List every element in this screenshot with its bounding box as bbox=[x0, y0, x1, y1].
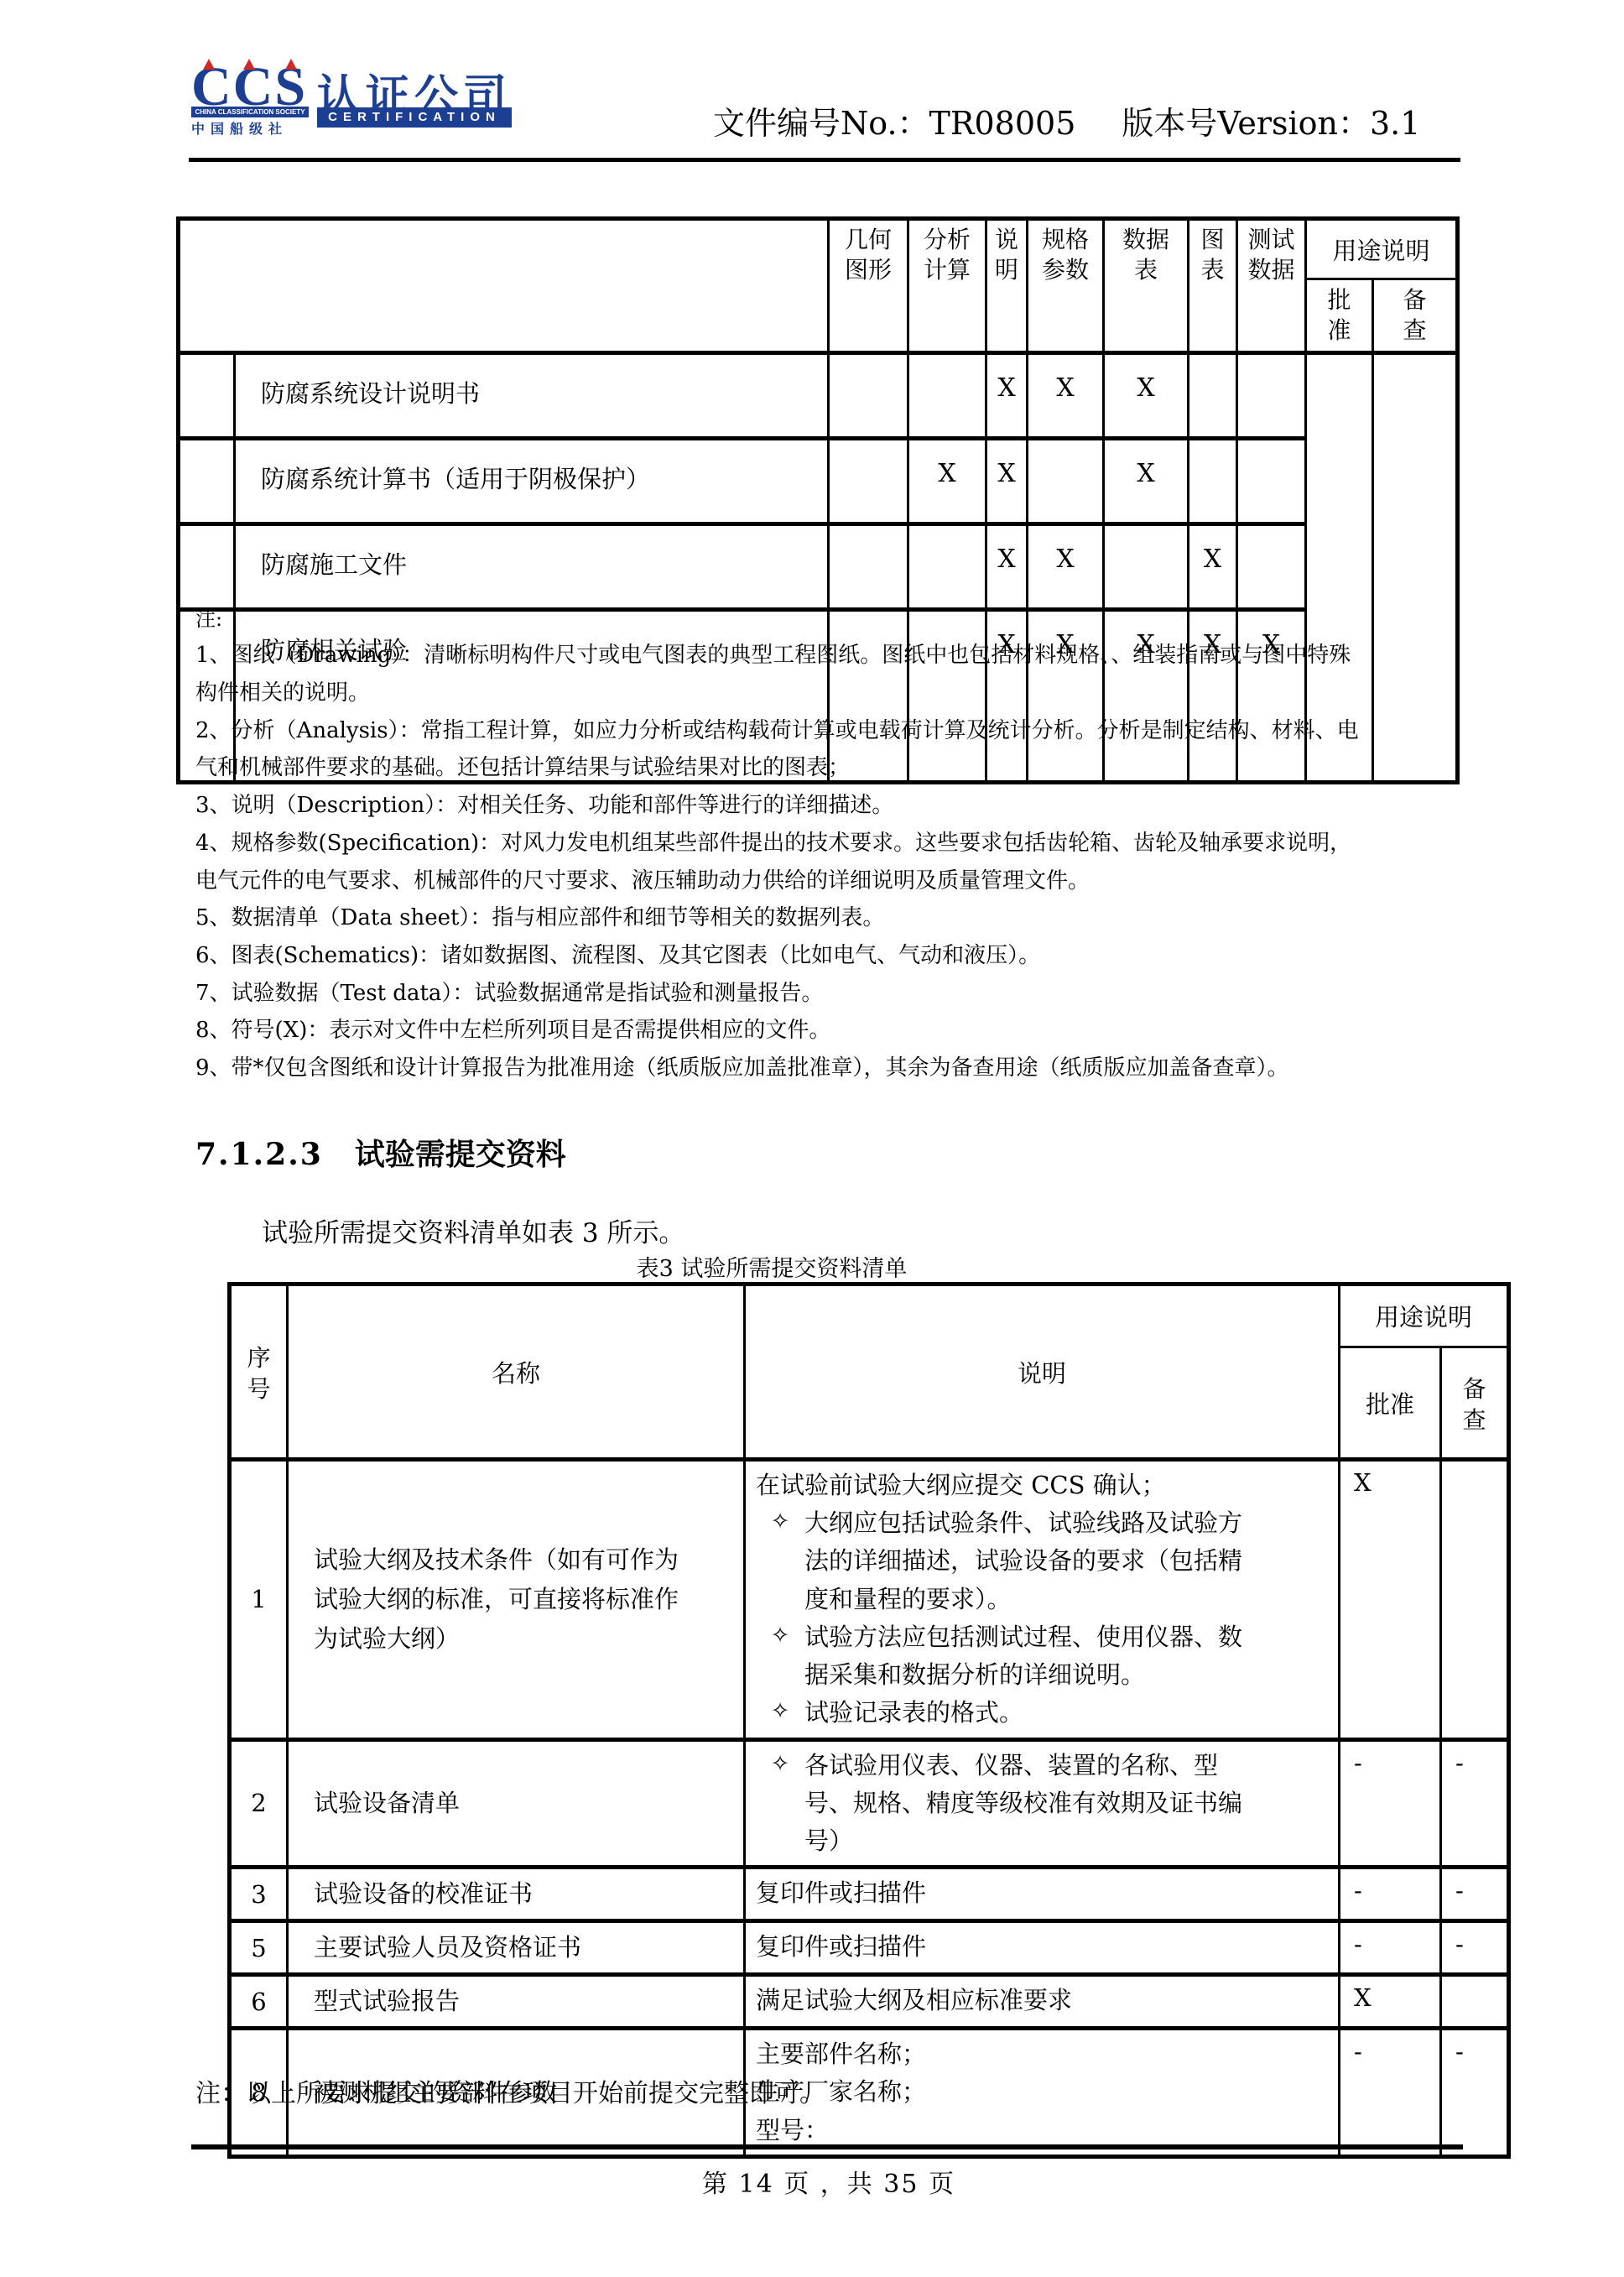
note-item: 6、图表(Schematics)：诸如数据图、流程图、及其它图表（比如电气、气动… bbox=[195, 937, 1370, 975]
mark-cell: X bbox=[986, 353, 1028, 439]
review-cell: - bbox=[1441, 2029, 1509, 2157]
mark-cell bbox=[1028, 439, 1104, 524]
review-cell: - bbox=[1441, 1739, 1509, 1868]
mark-cell: X bbox=[1189, 524, 1237, 610]
section-heading: 7.1.2.3试验需提交资料 bbox=[195, 1131, 566, 1174]
review-cell: - bbox=[1441, 1868, 1509, 1921]
mark-cell: X bbox=[908, 439, 986, 524]
logo-red-flag-icon bbox=[285, 59, 297, 70]
review-cell bbox=[1441, 1460, 1509, 1740]
mark-cell bbox=[1104, 524, 1189, 610]
header-rule bbox=[189, 158, 1460, 162]
table3-header-row: 序 号 名称 说明 用途说明 bbox=[230, 1284, 1509, 1347]
logo-red-flag-icon bbox=[203, 59, 215, 70]
approve-cell: X bbox=[1340, 1460, 1441, 1740]
table1-name-cell: 防腐系统计算书（适用于阴极保护） bbox=[235, 439, 829, 524]
table1-index-cell bbox=[179, 439, 235, 524]
table3-header-review: 备 查 bbox=[1441, 1347, 1509, 1460]
note-item: 3、说明（Description）：对相关任务、功能和部件等进行的详细描述。 bbox=[195, 787, 1370, 825]
section-number: 7.1.2.3 bbox=[195, 1137, 323, 1172]
seq-cell: 1 bbox=[230, 1460, 288, 1740]
diamond-bullet-icon: ✧ bbox=[756, 1504, 804, 1540]
note-item: 1、图纸（Drawing）：清晰标明构件尺寸或电气图表的典型工程图纸。图纸中也包… bbox=[195, 637, 1370, 711]
table1-header-review: 备 查 bbox=[1373, 279, 1458, 353]
table-row: 3 试验设备的校准证书 复印件或扫描件 - - bbox=[230, 1868, 1509, 1921]
notes-label: 注: bbox=[195, 602, 1370, 637]
mark-cell: X bbox=[1104, 439, 1189, 524]
document-version: 版本号Version：3.1 bbox=[1122, 105, 1420, 142]
desc-cell: 在试验前试验大纲应提交 CCS 确认； ✧ 大纲应包括试验条件、试验线路及试验方… bbox=[745, 1460, 1340, 1740]
seq-cell: 6 bbox=[230, 1975, 288, 2029]
approve-cell: - bbox=[1340, 1921, 1441, 1975]
logo-certification-banner: CERTIFICATION bbox=[317, 107, 512, 128]
document-number: 文件编号No.：TR08005 bbox=[713, 105, 1075, 142]
mark-cell bbox=[908, 524, 986, 610]
name-cell: 试验设备清单 bbox=[288, 1739, 745, 1868]
table-row: 防腐系统计算书（适用于阴极保护） X X X bbox=[179, 439, 1458, 524]
approve-cell: - bbox=[1340, 1739, 1441, 1868]
table3-header-usage: 用途说明 bbox=[1340, 1284, 1509, 1347]
note-item: 9、带*仅包含图纸和设计计算报告为批准用途（纸质版应加盖批准章），其余为备查用途… bbox=[195, 1050, 1370, 1087]
table3-footnote: 注：以上所要求提交的资料在项目开始前提交完整即可。 bbox=[195, 2072, 825, 2109]
mark-cell: X bbox=[1028, 353, 1104, 439]
note-item: 8、符号(X)：表示对文件中左栏所列项目是否需提供相应的文件。 bbox=[195, 1012, 1370, 1050]
approve-cell: - bbox=[1340, 2029, 1441, 2157]
desc-line: ✧ 大纲应包括试验条件、试验线路及试验方法的详细描述，试验设备的要求（包括精度和… bbox=[756, 1504, 1250, 1618]
mark-cell bbox=[829, 353, 908, 439]
table1-review-merged-cell bbox=[1373, 353, 1458, 783]
desc-line: 生产厂家名称； bbox=[756, 2073, 1250, 2111]
page-number: 第 14 页 ，共 35 页 bbox=[193, 2163, 1465, 2200]
mark-cell bbox=[1237, 353, 1306, 439]
table3-header-seq: 序 号 bbox=[230, 1284, 288, 1460]
test-submission-table: 序 号 名称 说明 用途说明 批准 备 查 1 试验大纲及技术条件（如有可作为试… bbox=[227, 1282, 1511, 2159]
table1-index-cell bbox=[179, 524, 235, 610]
mark-cell bbox=[1189, 353, 1237, 439]
desc-line: 满足试验大纲及相应标准要求 bbox=[756, 1982, 1250, 2019]
table-row: 防腐系统设计说明书 X X X bbox=[179, 353, 1458, 439]
table-row: 6 型式试验报告 满足试验大纲及相应标准要求 X bbox=[230, 1975, 1509, 2029]
desc-line: 复印件或扫描件 bbox=[756, 1874, 1250, 1912]
table1-corner-cell bbox=[179, 219, 829, 353]
desc-line: ✧ 试验方法应包括测试过程、使用仪器、数据采集和数据分析的详细说明。 bbox=[756, 1618, 1250, 1694]
mark-cell: X bbox=[1104, 353, 1189, 439]
desc-cell: ✧ 各试验用仪表、仪器、装置的名称、型号、规格、精度等级校准有效期及证书编号） bbox=[745, 1739, 1340, 1868]
intro-paragraph: 试验所需提交资料清单如表 3 所示。 bbox=[262, 1211, 684, 1249]
document-page: CCS 认证公司 CHINA CLASSIFICATION SOCIETY 中国… bbox=[0, 0, 1624, 2277]
desc-cell: 主要部件名称； 生产厂家名称； 型号： bbox=[745, 2029, 1340, 2157]
diamond-bullet-icon: ✧ bbox=[756, 1694, 804, 1729]
desc-line: 在试验前试验大纲应提交 CCS 确认； bbox=[756, 1467, 1250, 1504]
table1-index-cell bbox=[179, 353, 235, 439]
table1-name-cell: 防腐系统设计说明书 bbox=[235, 353, 829, 439]
note-item: 2、分析（Analysis）：常指工程计算，如应力分析或结构载荷计算或电载荷计算… bbox=[195, 712, 1370, 787]
table3-header-approve: 批准 bbox=[1340, 1347, 1441, 1460]
document-header-info: 文件编号No.：TR08005版本号Version：3.1 bbox=[713, 97, 1466, 143]
desc-line: ✧ 各试验用仪表、仪器、装置的名称、型号、规格、精度等级校准有效期及证书编号） bbox=[756, 1747, 1250, 1861]
notes-section: 注: 1、图纸（Drawing）：清晰标明构件尺寸或电气图表的典型工程图纸。图纸… bbox=[195, 602, 1370, 1087]
table1-header-description: 说 明 bbox=[986, 219, 1028, 353]
desc-line: 主要部件名称； bbox=[756, 2035, 1250, 2073]
desc-cell: 复印件或扫描件 bbox=[745, 1921, 1340, 1975]
diamond-bullet-icon: ✧ bbox=[756, 1747, 804, 1782]
mark-cell bbox=[1189, 439, 1237, 524]
table1-header-schematics: 图 表 bbox=[1189, 219, 1237, 353]
ccs-logo: CCS 认证公司 CHINA CLASSIFICATION SOCIETY 中国… bbox=[191, 60, 544, 128]
table-row: 1 试验大纲及技术条件（如有可作为试验大纲的标准，可直接将标准作为试验大纲） 在… bbox=[230, 1460, 1509, 1740]
desc-line: ✧ 试验记录表的格式。 bbox=[756, 1694, 1250, 1732]
diamond-bullet-icon: ✧ bbox=[756, 1618, 804, 1654]
desc-cell: 复印件或扫描件 bbox=[745, 1868, 1340, 1921]
table-row: 防腐施工文件 X X X bbox=[179, 524, 1458, 610]
review-cell bbox=[1441, 1975, 1509, 2029]
desc-line: 复印件或扫描件 bbox=[756, 1928, 1250, 1966]
name-cell: 型式试验报告 bbox=[288, 1975, 745, 2029]
table-row: 2 试验设备清单 ✧ 各试验用仪表、仪器、装置的名称、型号、规格、精度等级校准有… bbox=[230, 1739, 1509, 1868]
review-cell: - bbox=[1441, 1921, 1509, 1975]
approve-cell: X bbox=[1340, 1975, 1441, 2029]
table1-name-cell: 防腐施工文件 bbox=[235, 524, 829, 610]
note-item: 5、数据清单（Data sheet）：指与相应部件和细节等相关的数据列表。 bbox=[195, 899, 1370, 937]
seq-cell: 3 bbox=[230, 1868, 288, 1921]
logo-society-en: CHINA CLASSIFICATION SOCIETY bbox=[191, 107, 309, 117]
table1-header-geometry: 几何 图形 bbox=[829, 219, 908, 353]
table3-header-desc: 说明 bbox=[745, 1284, 1340, 1460]
mark-cell bbox=[1237, 439, 1306, 524]
desc-cell: 满足试验大纲及相应标准要求 bbox=[745, 1975, 1340, 2029]
table1-header-datasheet: 数据 表 bbox=[1104, 219, 1189, 353]
logo-red-flag-icon bbox=[243, 59, 255, 70]
mark-cell bbox=[1237, 524, 1306, 610]
approve-cell: - bbox=[1340, 1868, 1441, 1921]
mark-cell bbox=[829, 439, 908, 524]
table3-caption: 表3 试验所需提交资料清单 bbox=[101, 1250, 1443, 1283]
table1-header-usage: 用途说明 bbox=[1306, 219, 1458, 279]
table1-header-analysis: 分析 计算 bbox=[908, 219, 986, 353]
mark-cell: X bbox=[986, 439, 1028, 524]
name-cell: 试验设备的校准证书 bbox=[288, 1868, 745, 1921]
note-item: 7、试验数据（Test data）：试验数据通常是指试验和测量报告。 bbox=[195, 975, 1370, 1013]
table-row: 5 主要试验人员及资格证书 复印件或扫描件 - - bbox=[230, 1921, 1509, 1975]
seq-cell: 5 bbox=[230, 1921, 288, 1975]
logo-society-cn: 中国船级社 bbox=[191, 118, 309, 138]
table3-header-name: 名称 bbox=[288, 1284, 745, 1460]
note-item: 4、规格参数(Specification)：对风力发电机组某些部件提出的技术要求… bbox=[195, 825, 1370, 899]
mark-cell: X bbox=[1028, 524, 1104, 610]
seq-cell: 2 bbox=[230, 1739, 288, 1868]
mark-cell bbox=[829, 524, 908, 610]
mark-cell: X bbox=[986, 524, 1028, 610]
name-cell: 试验大纲及技术条件（如有可作为试验大纲的标准，可直接将标准作为试验大纲） bbox=[288, 1460, 745, 1740]
name-cell: 主要试验人员及资格证书 bbox=[288, 1921, 745, 1975]
table1-header-row: 几何 图形 分析 计算 说 明 规格 参数 数据 表 图 表 测试 数据 用途说… bbox=[179, 219, 1458, 279]
table1-header-specification: 规格 参数 bbox=[1028, 219, 1104, 353]
table1-header-approve: 批 准 bbox=[1306, 279, 1373, 353]
footer-rule bbox=[191, 2144, 1463, 2149]
mark-cell bbox=[908, 353, 986, 439]
section-title: 试验需提交资料 bbox=[355, 1137, 566, 1172]
table1-header-testdata: 测试 数据 bbox=[1237, 219, 1306, 353]
